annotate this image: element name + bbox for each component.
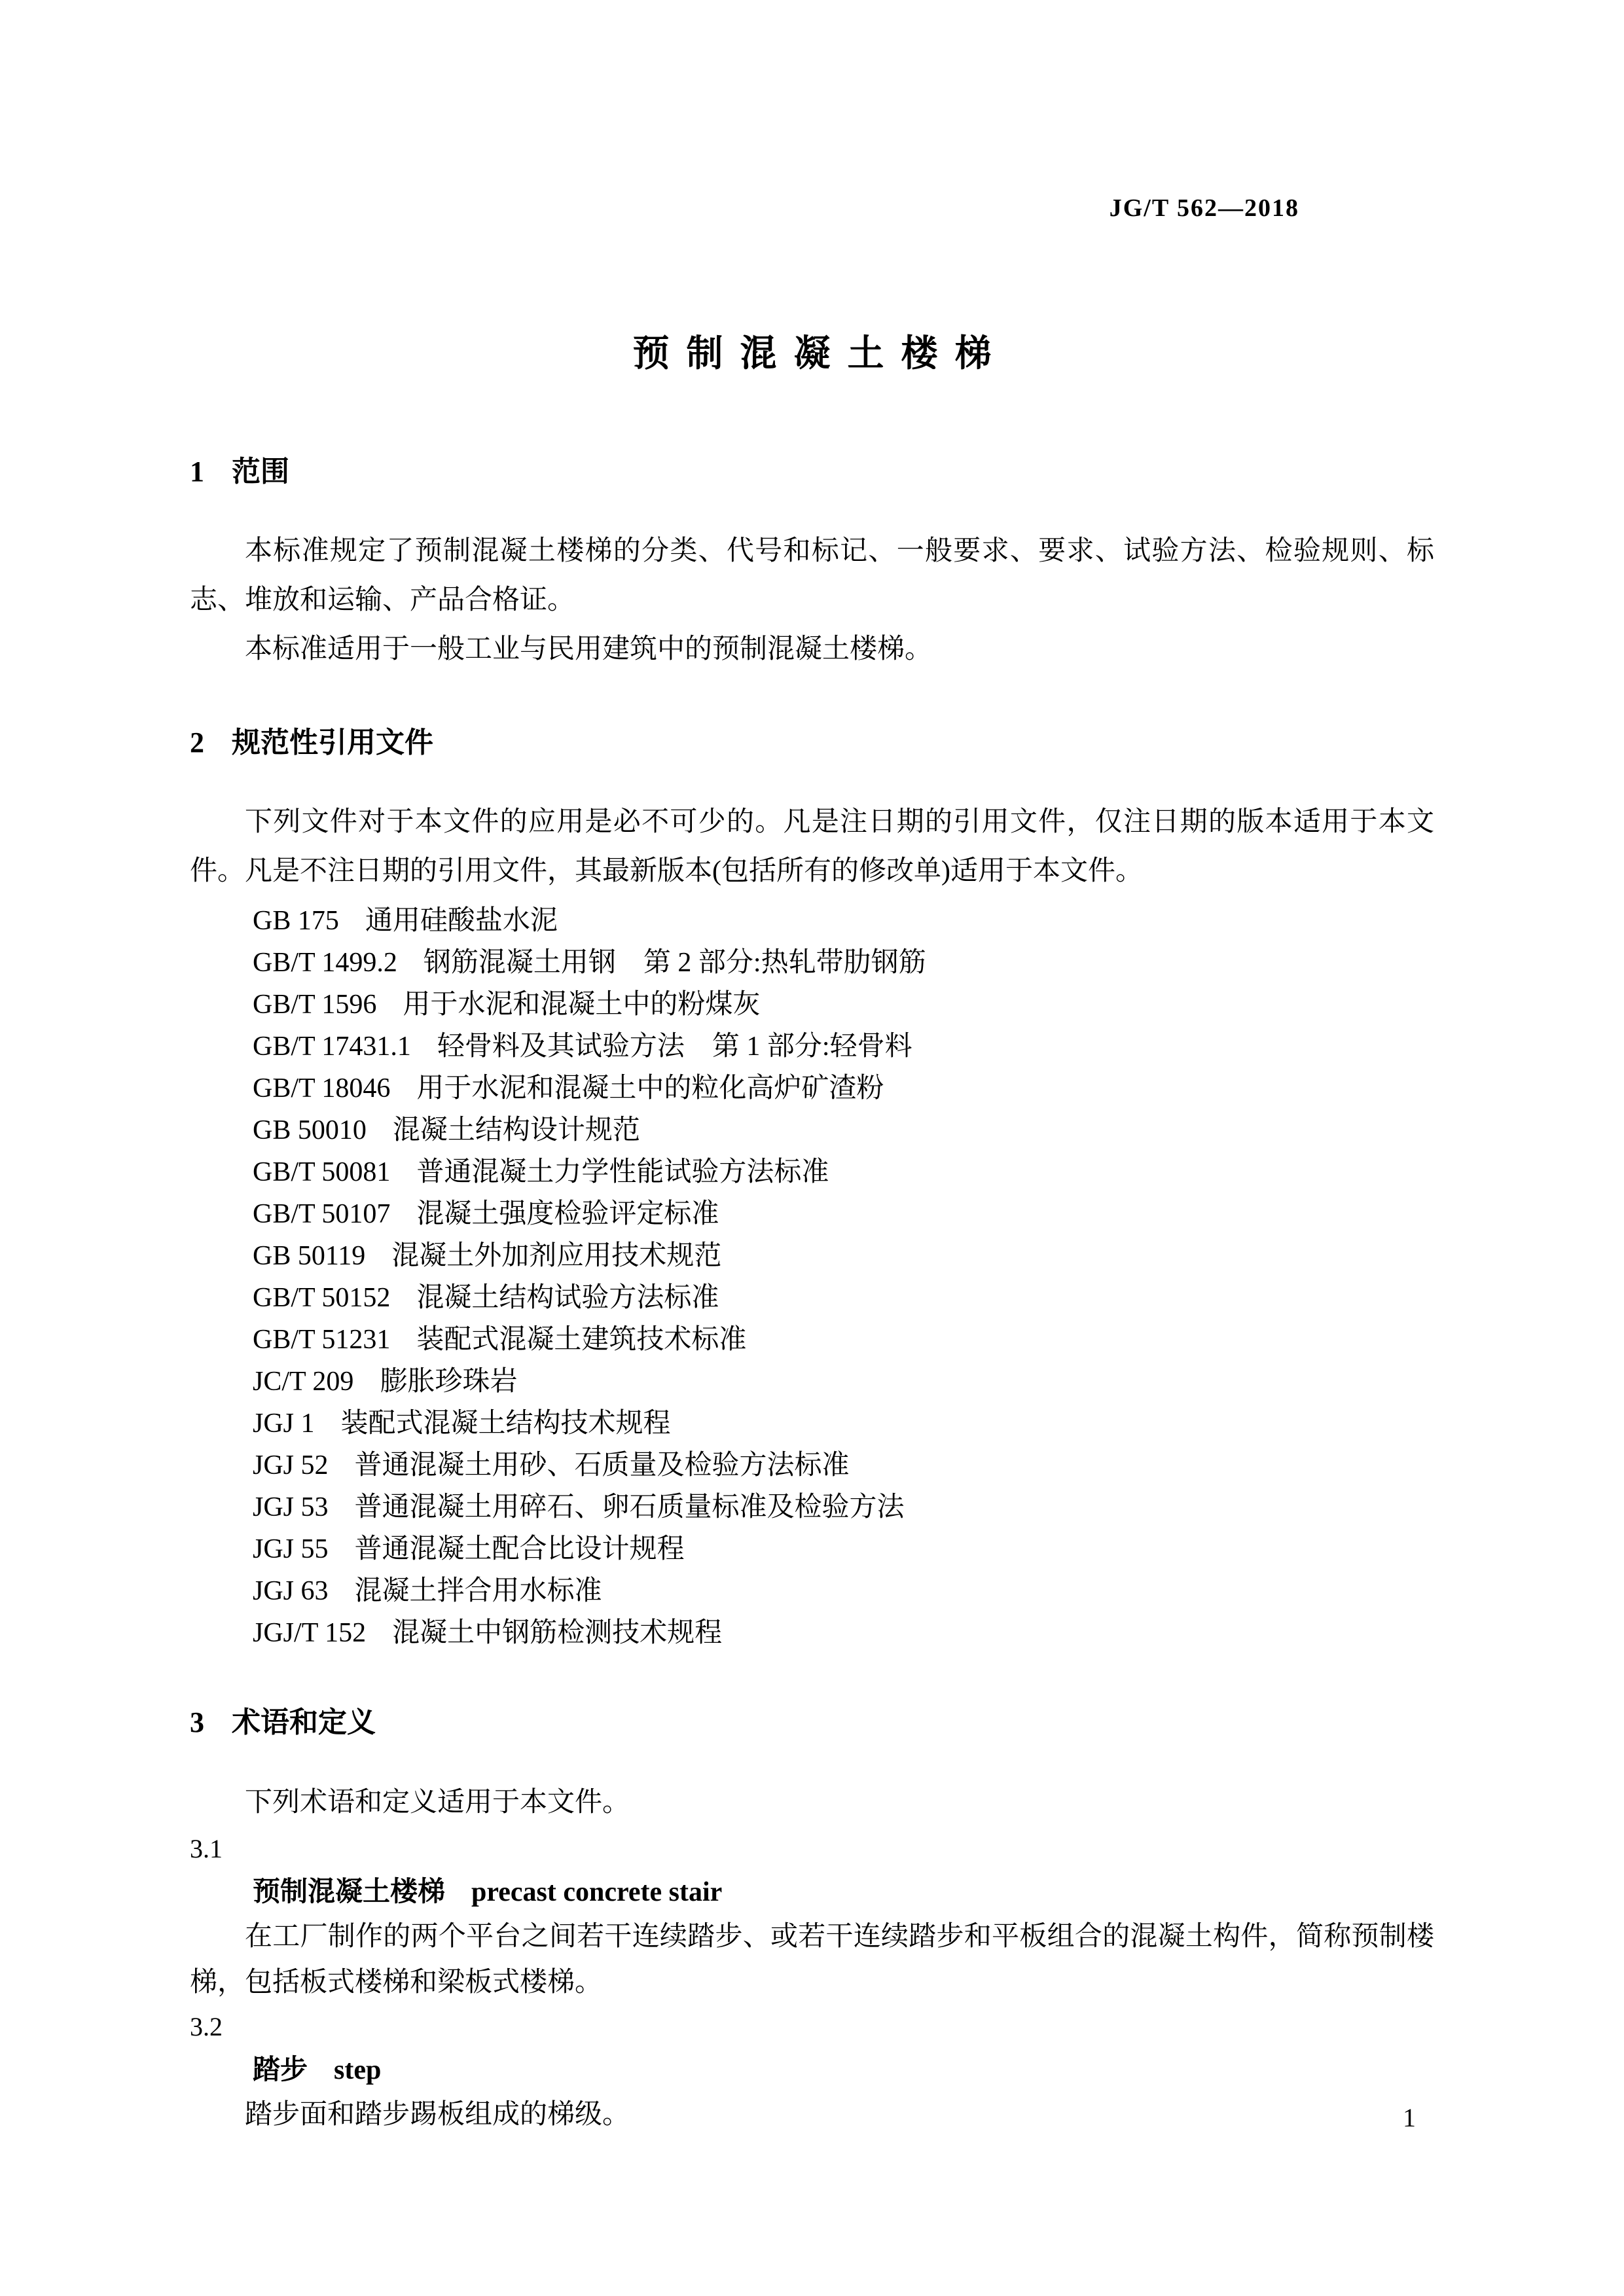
reference-title: 用于水泥和混凝土中的粉煤灰 [403, 990, 760, 1020]
section-3-heading: 3术语和定义 [190, 1704, 1434, 1741]
reference-title: 混凝土结构试验方法标准 [416, 1283, 719, 1313]
document-page: JG/T 562—2018 预制混凝土楼梯 1范围 本标准规定了预制混凝土楼梯的… [0, 0, 1624, 2296]
section-3-intro: 下列术语和定义适用于本文件。 [190, 1778, 1434, 1827]
term-name: 踏步step [190, 2049, 1434, 2092]
reference-title: 混凝土中钢筋检测技术规程 [392, 1618, 722, 1648]
reference-code: JGJ 52 [253, 1450, 329, 1480]
section-1-number: 1 [190, 456, 204, 488]
section-2-number: 2 [190, 726, 204, 759]
reference-item: GB/T 51231装配式混凝土建筑技术标准 [190, 1319, 1434, 1361]
reference-title: 混凝土结构设计规范 [393, 1115, 640, 1145]
reference-code: GB 175 [253, 906, 339, 936]
reference-code: GB/T 18046 [253, 1073, 390, 1103]
section-3-title: 术语和定义 [232, 1706, 376, 1738]
reference-code: JGJ 63 [253, 1576, 329, 1606]
reference-item: JC/T 209膨胀珍珠岩 [190, 1361, 1434, 1403]
reference-title: 钢筋混凝土用钢 第 2 部分:热轧带肋钢筋 [424, 948, 926, 978]
reference-title: 混凝土拌合用水标准 [355, 1576, 602, 1606]
section-1-paragraph-1: 本标准规定了预制混凝土楼梯的分类、代号和标记、一般要求、要求、试验方法、检验规则… [190, 527, 1434, 625]
reference-item: JGJ 53普通混凝土用碎石、卵石质量标准及检验方法 [190, 1486, 1434, 1528]
section-1-paragraph-2: 本标准适用于一般工业与民用建筑中的预制混凝土楼梯。 [190, 625, 1434, 674]
reference-item: JGJ/T 152混凝土中钢筋检测技术规程 [190, 1612, 1434, 1654]
term-number: 3.2 [190, 2005, 1434, 2049]
reference-code: GB/T 50081 [253, 1157, 390, 1187]
reference-item: GB 50010混凝土结构设计规范 [190, 1109, 1434, 1151]
reference-code: GB/T 1596 [253, 990, 376, 1020]
reference-title: 通用硅酸盐水泥 [365, 906, 558, 936]
reference-code: GB 50010 [253, 1115, 367, 1145]
reference-code: JGJ 55 [253, 1534, 329, 1564]
term-name-zh: 踏步 [253, 2055, 308, 2085]
term-3-2: 3.2 踏步step 踏步面和踏步踢板组成的梯级。 [190, 2005, 1434, 2138]
reference-item: GB/T 50081普通混凝土力学性能试验方法标准 [190, 1151, 1434, 1193]
reference-item: GB/T 50107混凝土强度检验评定标准 [190, 1193, 1434, 1235]
reference-title: 普通混凝土力学性能试验方法标准 [416, 1157, 829, 1187]
reference-code: GB/T 50107 [253, 1199, 390, 1229]
section-2-intro: 下列文件对于本文件的应用是必不可少的。凡是注日期的引用文件，仅注日期的版本适用于… [190, 798, 1434, 896]
reference-item: GB/T 1499.2钢筋混凝土用钢 第 2 部分:热轧带肋钢筋 [190, 942, 1434, 984]
reference-code: GB/T 50152 [253, 1283, 390, 1313]
reference-item: GB 175通用硅酸盐水泥 [190, 900, 1434, 942]
reference-title: 混凝土外加剂应用技术规范 [391, 1241, 721, 1271]
section-1-heading: 1范围 [190, 453, 1434, 490]
term-name-en: precast concrete stair [471, 1877, 722, 1907]
doc-code: JG/T 562—2018 [1110, 194, 1299, 223]
reference-item: JGJ 1装配式混凝土结构技术规程 [190, 1403, 1434, 1444]
reference-title: 用于水泥和混凝土中的粒化高炉矿渣粉 [416, 1073, 884, 1103]
reference-title: 普通混凝土用砂、石质量及检验方法标准 [355, 1450, 850, 1480]
reference-code: GB/T 1499.2 [253, 948, 397, 978]
term-name-en: step [334, 2055, 381, 2085]
reference-title: 混凝土强度检验评定标准 [416, 1199, 719, 1229]
reference-title: 普通混凝土配合比设计规程 [355, 1534, 685, 1564]
doc-title: 预制混凝土楼梯 [0, 325, 1624, 377]
reference-title: 装配式混凝土结构技术规程 [341, 1408, 671, 1439]
term-name: 预制混凝土楼梯precast concrete stair [190, 1871, 1434, 1914]
reference-code: GB/T 51231 [253, 1325, 390, 1355]
reference-code: JC/T 209 [253, 1367, 353, 1397]
reference-title: 轻骨料及其试验方法 第 1 部分:轻骨料 [437, 1031, 912, 1062]
reference-code: JGJ/T 152 [253, 1618, 366, 1648]
reference-code: GB 50119 [253, 1241, 365, 1271]
term-number: 3.1 [190, 1827, 1434, 1871]
reference-item: GB/T 1596用于水泥和混凝土中的粉煤灰 [190, 984, 1434, 1026]
reference-item: JGJ 55普通混凝土配合比设计规程 [190, 1528, 1434, 1570]
term-definition: 踏步面和踏步踢板组成的梯级。 [190, 2092, 1434, 2138]
reference-item: GB 50119混凝土外加剂应用技术规范 [190, 1235, 1434, 1277]
term-definition: 在工厂制作的两个平台之间若干连续踏步、或若干连续踏步和平板组合的混凝土构件，简称… [190, 1914, 1434, 2005]
reference-code: JGJ 1 [253, 1408, 315, 1439]
reference-code: JGJ 53 [253, 1492, 329, 1522]
reference-title: 膨胀珍珠岩 [380, 1367, 517, 1397]
term-3-1: 3.1 预制混凝土楼梯precast concrete stair 在工厂制作的… [190, 1827, 1434, 2005]
section-3-number: 3 [190, 1706, 204, 1738]
term-name-zh: 预制混凝土楼梯 [253, 1877, 445, 1907]
page-number: 1 [1403, 2102, 1416, 2133]
reference-item: JGJ 63混凝土拌合用水标准 [190, 1570, 1434, 1612]
references-list: GB 175通用硅酸盐水泥 GB/T 1499.2钢筋混凝土用钢 第 2 部分:… [190, 900, 1434, 1654]
reference-title: 装配式混凝土建筑技术标准 [416, 1325, 746, 1355]
reference-item: GB/T 17431.1轻骨料及其试验方法 第 1 部分:轻骨料 [190, 1026, 1434, 1067]
reference-item: GB/T 50152混凝土结构试验方法标准 [190, 1277, 1434, 1319]
reference-item: JGJ 52普通混凝土用砂、石质量及检验方法标准 [190, 1444, 1434, 1486]
reference-item: GB/T 18046用于水泥和混凝土中的粒化高炉矿渣粉 [190, 1067, 1434, 1109]
document-body: 1范围 本标准规定了预制混凝土楼梯的分类、代号和标记、一般要求、要求、试验方法、… [190, 453, 1434, 2138]
section-1-title: 范围 [232, 456, 289, 488]
section-2-heading: 2规范性引用文件 [190, 724, 1434, 761]
reference-title: 普通混凝土用碎石、卵石质量标准及检验方法 [355, 1492, 905, 1522]
section-2-title: 规范性引用文件 [232, 726, 433, 759]
reference-code: GB/T 17431.1 [253, 1031, 411, 1062]
